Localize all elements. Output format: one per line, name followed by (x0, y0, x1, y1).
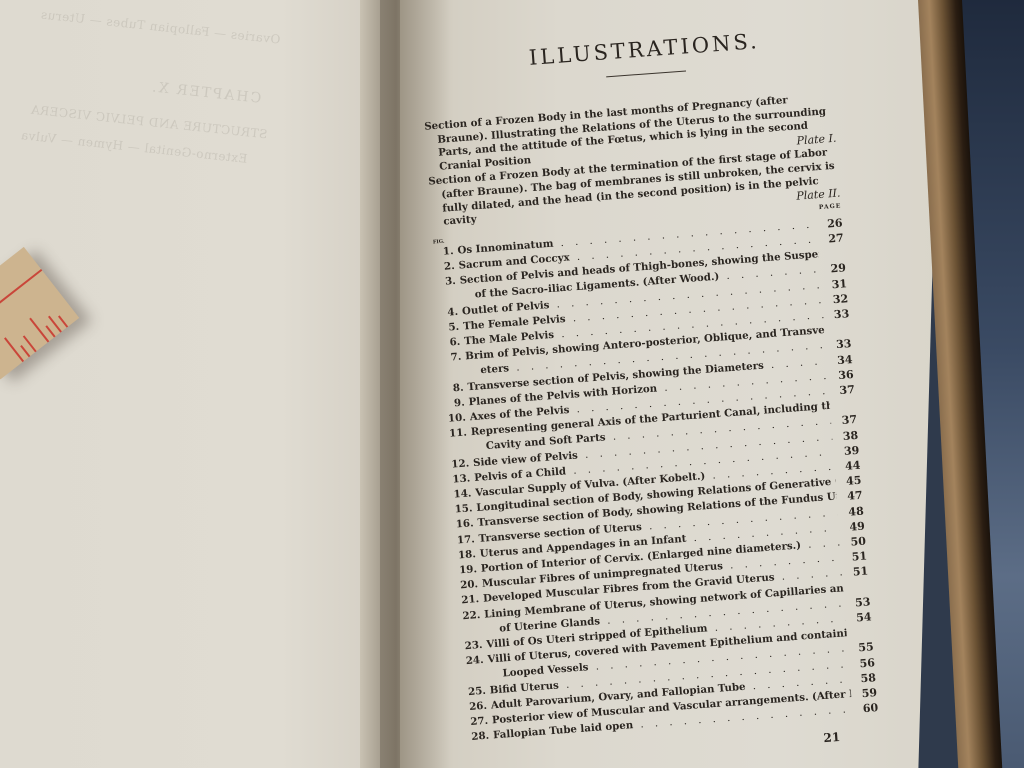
ruler-tick (58, 315, 68, 327)
book-photo: Ovaries — Fallopian Tubes — Uterus CHAPT… (0, 0, 1024, 768)
figure-number: 24. (463, 653, 488, 670)
title-rule (606, 70, 686, 77)
left-page: Ovaries — Fallopian Tubes — Uterus CHAPT… (0, 0, 400, 768)
figure-page: 37 (828, 382, 855, 399)
figure-page: 51 (842, 564, 869, 581)
figure-page: 54 (845, 609, 872, 626)
figure-page: 60 (852, 700, 879, 717)
bleed-through-text: Ovaries — Fallopian Tubes — Uterus (40, 7, 281, 46)
plate-ref: Plate I. (808, 131, 837, 147)
figure-number: 3. (435, 274, 460, 291)
figure-number: 7. (441, 350, 466, 367)
figure-page: 27 (817, 230, 844, 247)
ruler-tick (45, 325, 55, 337)
ruler-tick (4, 337, 24, 362)
figure-number: 28. (469, 729, 494, 746)
bleed-through-text: CHAPTER X. (149, 79, 261, 107)
figure-page: 33 (823, 306, 850, 323)
ruler-tick (29, 318, 49, 343)
ruler-tick (20, 345, 30, 357)
illustrations-list: ILLUSTRATIONS. Section of a Frozen Body … (418, 10, 881, 768)
plate-ref: Plate II. (808, 187, 841, 203)
figure-list: 1.Os Innominatum262.Sacrum and Coccyx273… (433, 215, 879, 745)
figure-number: 22. (460, 607, 485, 624)
figure-number: 11. (446, 425, 471, 442)
ruler-line (0, 269, 42, 332)
